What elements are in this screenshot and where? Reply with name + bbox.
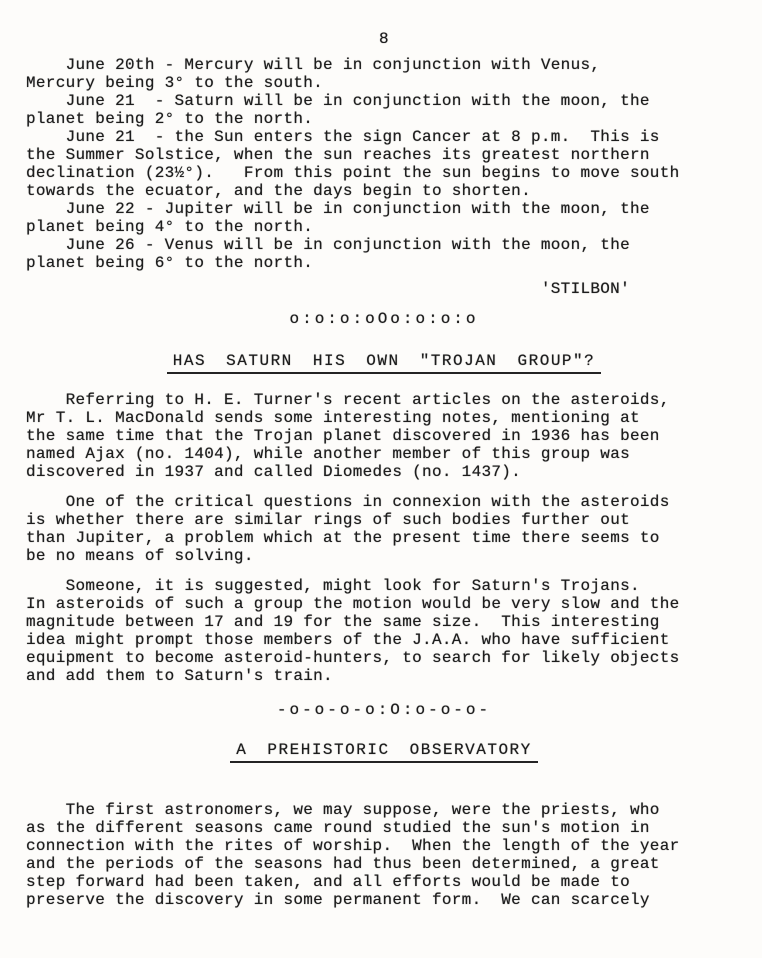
section-divider-middle: -o-o-o-o:O:o-o-o- — [26, 701, 742, 719]
author-signature: 'STILBON' — [26, 280, 742, 298]
section-divider-top: o:o:o:oOo:o:o:o — [26, 310, 742, 328]
document-page: 8 June 20th - Mercury will be in conjunc… — [0, 0, 762, 958]
article-observatory-paragraph-1: The first astronomers, we may suppose, w… — [26, 801, 742, 909]
page-number: 8 — [26, 30, 742, 48]
article-trojan-title: HAS SATURN HIS OWN "TROJAN GROUP"? — [167, 352, 601, 374]
article-observatory-title: A PREHISTORIC OBSERVATORY — [230, 741, 538, 763]
monthly-notes-entries: June 20th - Mercury will be in conjuncti… — [26, 56, 742, 272]
article-trojan-paragraph-3: Someone, it is suggested, might look for… — [26, 577, 742, 685]
article-trojan-paragraph-1: Referring to H. E. Turner's recent artic… — [26, 391, 742, 481]
article-observatory-heading-row: A PREHISTORIC OBSERVATORY — [26, 741, 742, 763]
article-trojan-heading-row: HAS SATURN HIS OWN "TROJAN GROUP"? — [26, 352, 742, 374]
article-trojan-paragraph-2: One of the critical questions in connexi… — [26, 493, 742, 565]
